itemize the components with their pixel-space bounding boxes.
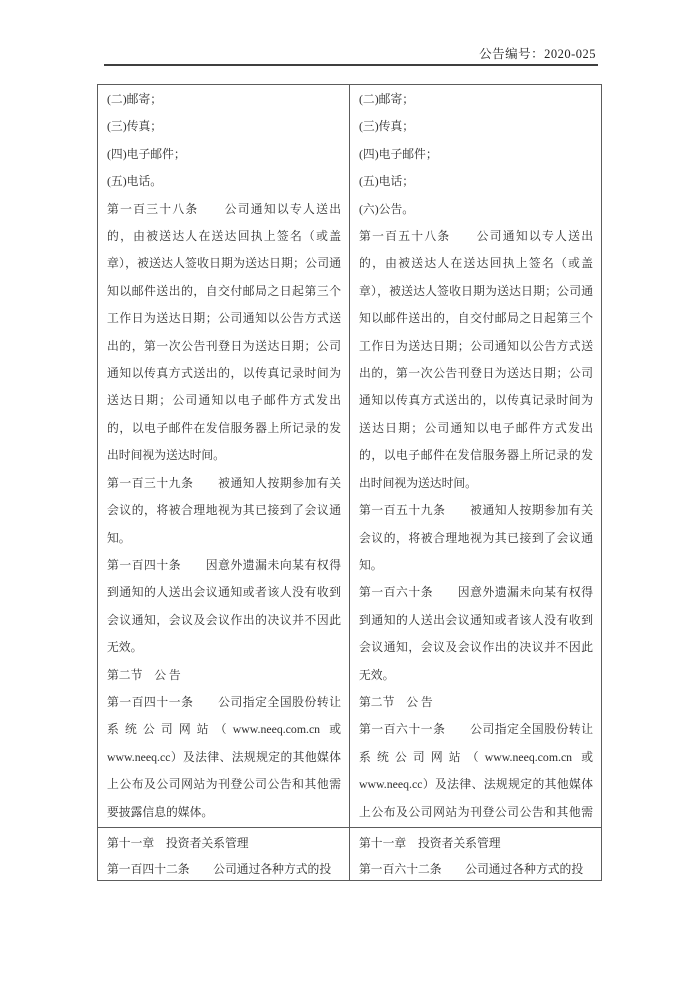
chapter-cell-original: 第十一章 投资者关系管理 第一百四十二条 公司通过各种方式的投资: [98, 828, 350, 881]
clause-paragraph: (四)电子邮件；: [107, 141, 341, 168]
clause-paragraph: (二)邮寄；: [359, 86, 593, 113]
clause-cell-original: (二)邮寄； (三)传真； (四)电子邮件； (五)电话。 第一百三十八条 公司…: [98, 85, 350, 828]
document-page: 公告编号：2020-025 (二)邮寄； (三)传真； (四)电子邮件； (五)…: [0, 0, 700, 990]
section-heading: 第二节 公 告: [107, 662, 341, 689]
chapter-heading: 第十一章 投资者关系管理: [107, 830, 341, 856]
clause-paragraph: 第一百六十一条 公司指定全国股份转让系统公司网站（www.neeq.com.cn…: [359, 716, 593, 827]
chapter-cell-revised: 第十一章 投资者关系管理 第一百六十二条 公司通过各种方式的投资: [350, 828, 602, 881]
clause-cell-revised: (二)邮寄； (三)传真； (四)电子邮件； (五)电话； (六)公告。 第一百…: [350, 85, 602, 828]
clause-paragraph: (三)传真；: [107, 113, 341, 140]
header-rule: [104, 64, 598, 66]
clause-paragraph: (五)电话；: [359, 168, 593, 195]
clause-paragraph: 第一百六十二条 公司通过各种方式的投资: [359, 856, 593, 880]
chapter-cell-original-content: 第十一章 投资者关系管理 第一百四十二条 公司通过各种方式的投资: [98, 828, 349, 880]
clause-comparison-table: (二)邮寄； (三)传真； (四)电子邮件； (五)电话。 第一百三十八条 公司…: [97, 84, 602, 881]
clause-paragraph: 第一百五十九条 被通知人按期参加有关会议的，将被合理地视为其已接到了会议通知。: [359, 497, 593, 579]
chapter-heading: 第十一章 投资者关系管理: [359, 830, 593, 856]
section-heading: 第二节 公 告: [359, 689, 593, 716]
clause-paragraph: 第一百五十八条 公司通知以专人送出的，由被送达人在送达回执上签名（或盖章），被送…: [359, 223, 593, 497]
clause-paragraph: (四)电子邮件；: [359, 141, 593, 168]
table-row-notices: (二)邮寄； (三)传真； (四)电子邮件； (五)电话。 第一百三十八条 公司…: [98, 85, 602, 828]
clause-paragraph: (六)公告。: [359, 196, 593, 223]
chapter-cell-revised-content: 第十一章 投资者关系管理 第一百六十二条 公司通过各种方式的投资: [350, 828, 601, 880]
clause-paragraph: 第一百三十八条 公司通知以专人送出的，由被送达人在送达回执上签名（或盖章），被送…: [107, 196, 341, 470]
table-row-chapter-eleven: 第十一章 投资者关系管理 第一百四十二条 公司通过各种方式的投资 第十一章 投资…: [98, 828, 602, 881]
clause-cell-revised-content: (二)邮寄； (三)传真； (四)电子邮件； (五)电话； (六)公告。 第一百…: [350, 85, 601, 827]
clause-paragraph: 第一百四十一条 公司指定全国股份转让系统公司网站（www.neeq.com.cn…: [107, 689, 341, 826]
clause-paragraph: 第一百六十条 因意外遗漏未向某有权得到通知的人送出会议通知或者该人没有收到会议通…: [359, 579, 593, 689]
announcement-number: 公告编号：2020-025: [479, 44, 596, 62]
clause-paragraph: 第一百三十九条 被通知人按期参加有关会议的，将被合理地视为其已接到了会议通知。: [107, 470, 341, 552]
clause-cell-original-content: (二)邮寄； (三)传真； (四)电子邮件； (五)电话。 第一百三十八条 公司…: [98, 85, 349, 827]
clause-paragraph: (二)邮寄；: [107, 86, 341, 113]
clause-paragraph: (五)电话。: [107, 168, 341, 195]
clause-paragraph: 第一百四十二条 公司通过各种方式的投资: [107, 856, 341, 880]
clause-paragraph: 第一百四十条 因意外遗漏未向某有权得到通知的人送出会议通知或者该人没有收到会议通…: [107, 552, 341, 662]
clause-paragraph: (三)传真；: [359, 113, 593, 140]
